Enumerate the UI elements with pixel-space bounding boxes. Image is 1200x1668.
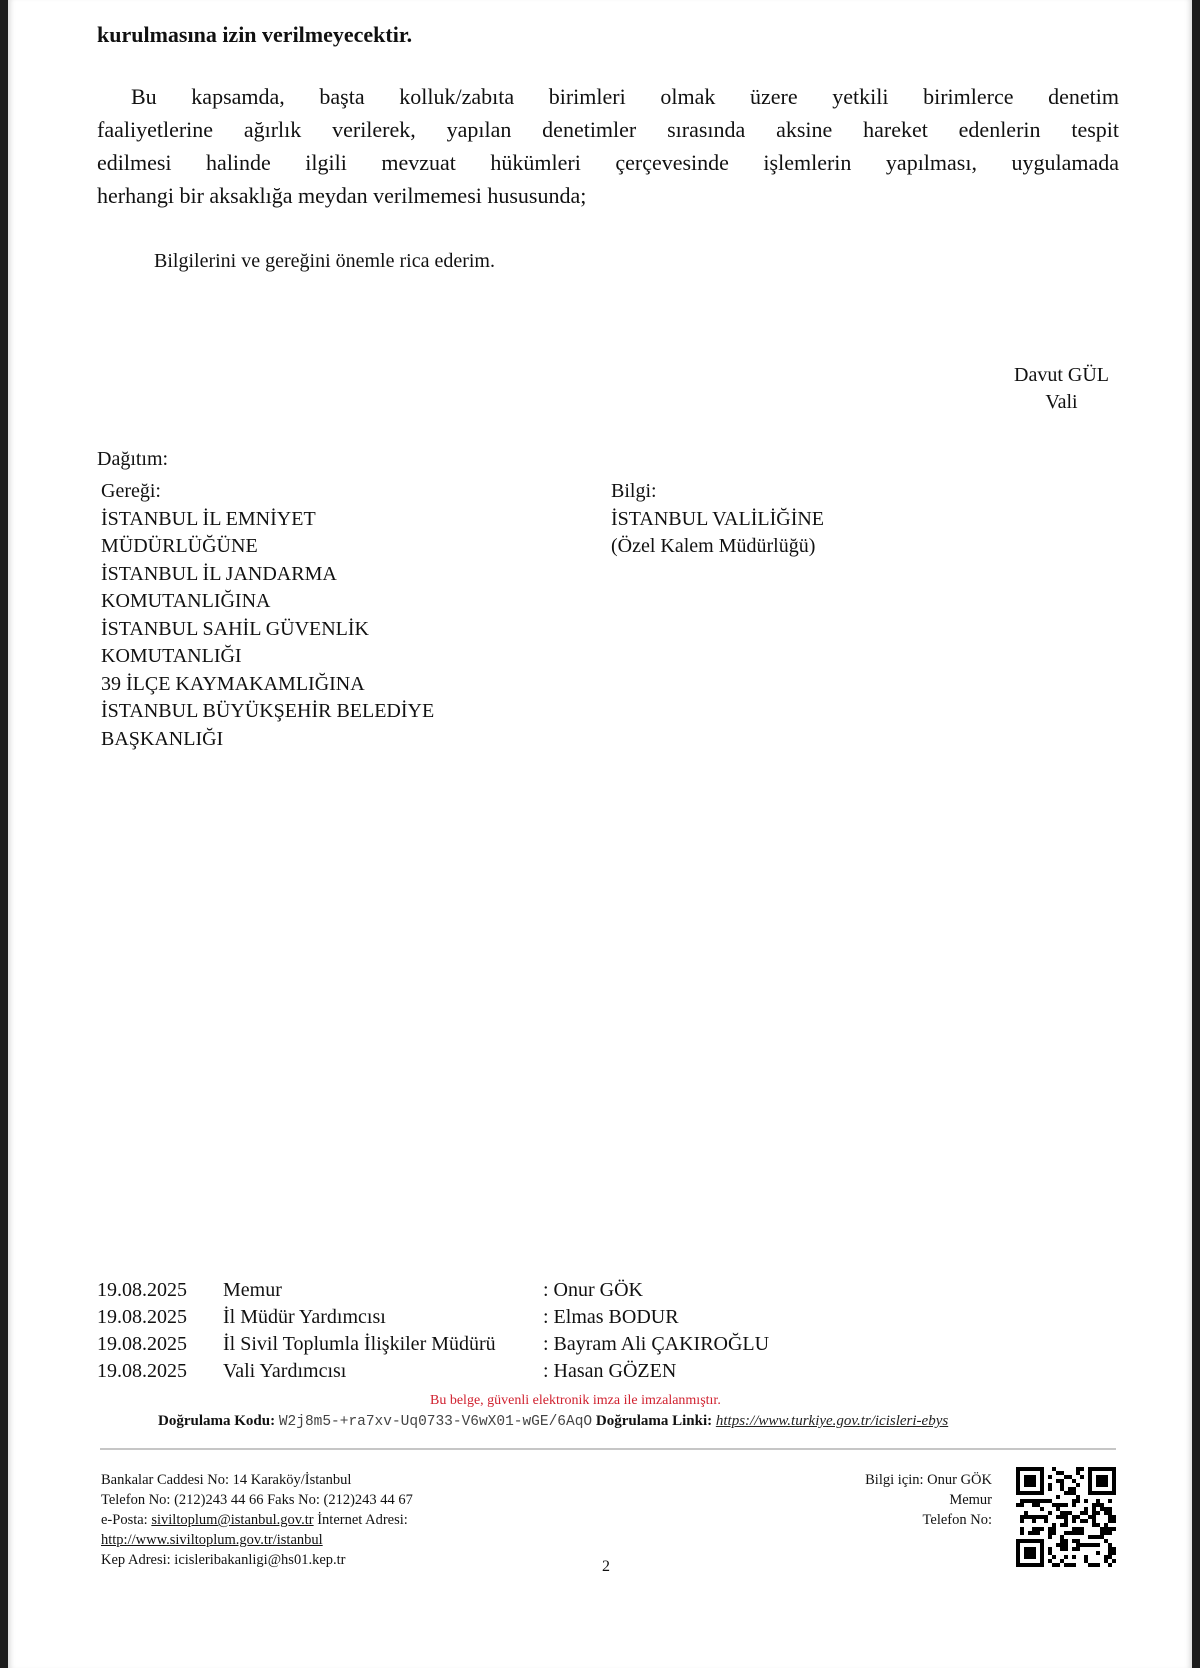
contact-phone: Telefon No: <box>865 1510 992 1530</box>
verification-link-label: Doğrulama Linki: <box>596 1413 712 1429</box>
paragraph-line: edilmesi halinde ilgili mevzuat hükümler… <box>97 146 1119 179</box>
footer-contact: Bankalar Caddesi No: 14 Karaköy/İstanbul… <box>101 1470 413 1570</box>
recipient-line: İSTANBUL VALİLİĞİNE <box>611 506 824 534</box>
approval-date: 19.08.2025 <box>97 1304 223 1331</box>
approval-row: 19.08.2025 Memur : Onur GÖK <box>97 1277 769 1304</box>
email-link[interactable]: siviltoplum@istanbul.gov.tr <box>151 1512 313 1528</box>
verification-code: W2j8m5-+ra7xv-Uq0733-V6wX01-wGE/6AqO <box>279 1414 592 1430</box>
paragraph-line: Bu kapsamda, başta kolluk/zabıta birimle… <box>97 80 1119 113</box>
approval-row: 19.08.2025 İl Müdür Yardımcısı : Elmas B… <box>97 1304 769 1331</box>
footer-divider <box>100 1448 1116 1450</box>
document-page: kurulmasına izin verilmeyecektir. Bu kap… <box>8 0 1192 1668</box>
website-link[interactable]: http://www.siviltoplum.gov.tr/istanbul <box>101 1532 323 1548</box>
approval-row: 19.08.2025 İl Sivil Toplumla İlişkiler M… <box>97 1331 769 1358</box>
paragraph-line: herhangi bir aksaklığa meydan verilmemes… <box>97 179 1119 212</box>
approval-name: : Elmas BODUR <box>543 1304 679 1331</box>
recipient-line: İSTANBUL İL EMNİYET <box>101 506 434 534</box>
footer-kep: Kep Adresi: icisleribakanligi@hs01.kep.t… <box>101 1550 413 1570</box>
approval-name: : Bayram Ali ÇAKIROĞLU <box>543 1331 769 1358</box>
gerekli-label: Gereği: <box>101 478 434 506</box>
verification-code-label: Doğrulama Kodu: <box>158 1413 275 1429</box>
approval-title: Vali Yardımcısı <box>223 1358 543 1385</box>
footer-phone: Telefon No: (212)243 44 66 Faks No: (212… <box>101 1490 413 1510</box>
approval-name: : Onur GÖK <box>543 1277 643 1304</box>
email-label: e-Posta: <box>101 1512 148 1528</box>
footer-email-line: e-Posta: siviltoplum@istanbul.gov.tr İnt… <box>101 1510 413 1530</box>
esign-notice: Bu belge, güvenli elektronik imza ile im… <box>430 1393 721 1409</box>
internet-label: İnternet Adresi: <box>317 1512 408 1528</box>
contact-title: Memur <box>865 1490 992 1510</box>
footer-info-contact: Bilgi için: Onur GÖK Memur Telefon No: <box>865 1470 992 1530</box>
contact-person: Bilgi için: Onur GÖK <box>865 1470 992 1490</box>
continuation-sentence: kurulmasına izin verilmeyecektir. <box>97 22 412 48</box>
body-paragraph: Bu kapsamda, başta kolluk/zabıta birimle… <box>97 80 1119 212</box>
recipient-line: BAŞKANLIĞI <box>101 726 434 754</box>
approval-name: : Hasan GÖZEN <box>543 1358 676 1385</box>
approval-date: 19.08.2025 <box>97 1331 223 1358</box>
qr-code-icon <box>1016 1467 1116 1567</box>
verification-line: Doğrulama Kodu: W2j8m5-+ra7xv-Uq0733-V6w… <box>158 1413 948 1430</box>
approval-title: İl Sivil Toplumla İlişkiler Müdürü <box>223 1331 543 1358</box>
signatory-title: Vali <box>1014 389 1109 416</box>
approval-date: 19.08.2025 <box>97 1358 223 1385</box>
bilgi-label: Bilgi: <box>611 478 824 506</box>
recipient-line: İSTANBUL BÜYÜKŞEHİR BELEDİYE <box>101 698 434 726</box>
page-number: 2 <box>602 1558 610 1576</box>
approval-title: Memur <box>223 1277 543 1304</box>
recipient-line: İSTANBUL SAHİL GÜVENLİK <box>101 616 434 644</box>
footer-address: Bankalar Caddesi No: 14 Karaköy/İstanbul <box>101 1470 413 1490</box>
distribution-bilgi-list: Bilgi: İSTANBUL VALİLİĞİNE (Özel Kalem M… <box>611 478 824 561</box>
approval-row: 19.08.2025 Vali Yardımcısı : Hasan GÖZEN <box>97 1358 769 1385</box>
recipient-line: MÜDÜRLÜĞÜNE <box>101 533 434 561</box>
recipient-line: KOMUTANLIĞI <box>101 643 434 671</box>
recipient-line: (Özel Kalem Müdürlüğü) <box>611 533 824 561</box>
closing-sentence: Bilgilerini ve gereğini önemle rica eder… <box>154 250 495 273</box>
approval-date: 19.08.2025 <box>97 1277 223 1304</box>
recipient-line: KOMUTANLIĞINA <box>101 588 434 616</box>
verification-link[interactable]: https://www.turkiye.gov.tr/icisleri-ebys <box>716 1413 948 1429</box>
distribution-gerekli-list: Gereği: İSTANBUL İL EMNİYET MÜDÜRLÜĞÜNE … <box>101 478 434 753</box>
approval-chain: 19.08.2025 Memur : Onur GÖK 19.08.2025 İ… <box>97 1277 769 1385</box>
signature-block: Davut GÜL Vali <box>1014 362 1109 416</box>
recipient-line: İSTANBUL İL JANDARMA <box>101 561 434 589</box>
recipient-line: 39 İLÇE KAYMAKAMLIĞINA <box>101 671 434 699</box>
approval-title: İl Müdür Yardımcısı <box>223 1304 543 1331</box>
distribution-label: Dağıtım: <box>97 448 168 471</box>
signatory-name: Davut GÜL <box>1014 362 1109 389</box>
paragraph-line: faaliyetlerine ağırlık verilerek, yapıla… <box>97 113 1119 146</box>
